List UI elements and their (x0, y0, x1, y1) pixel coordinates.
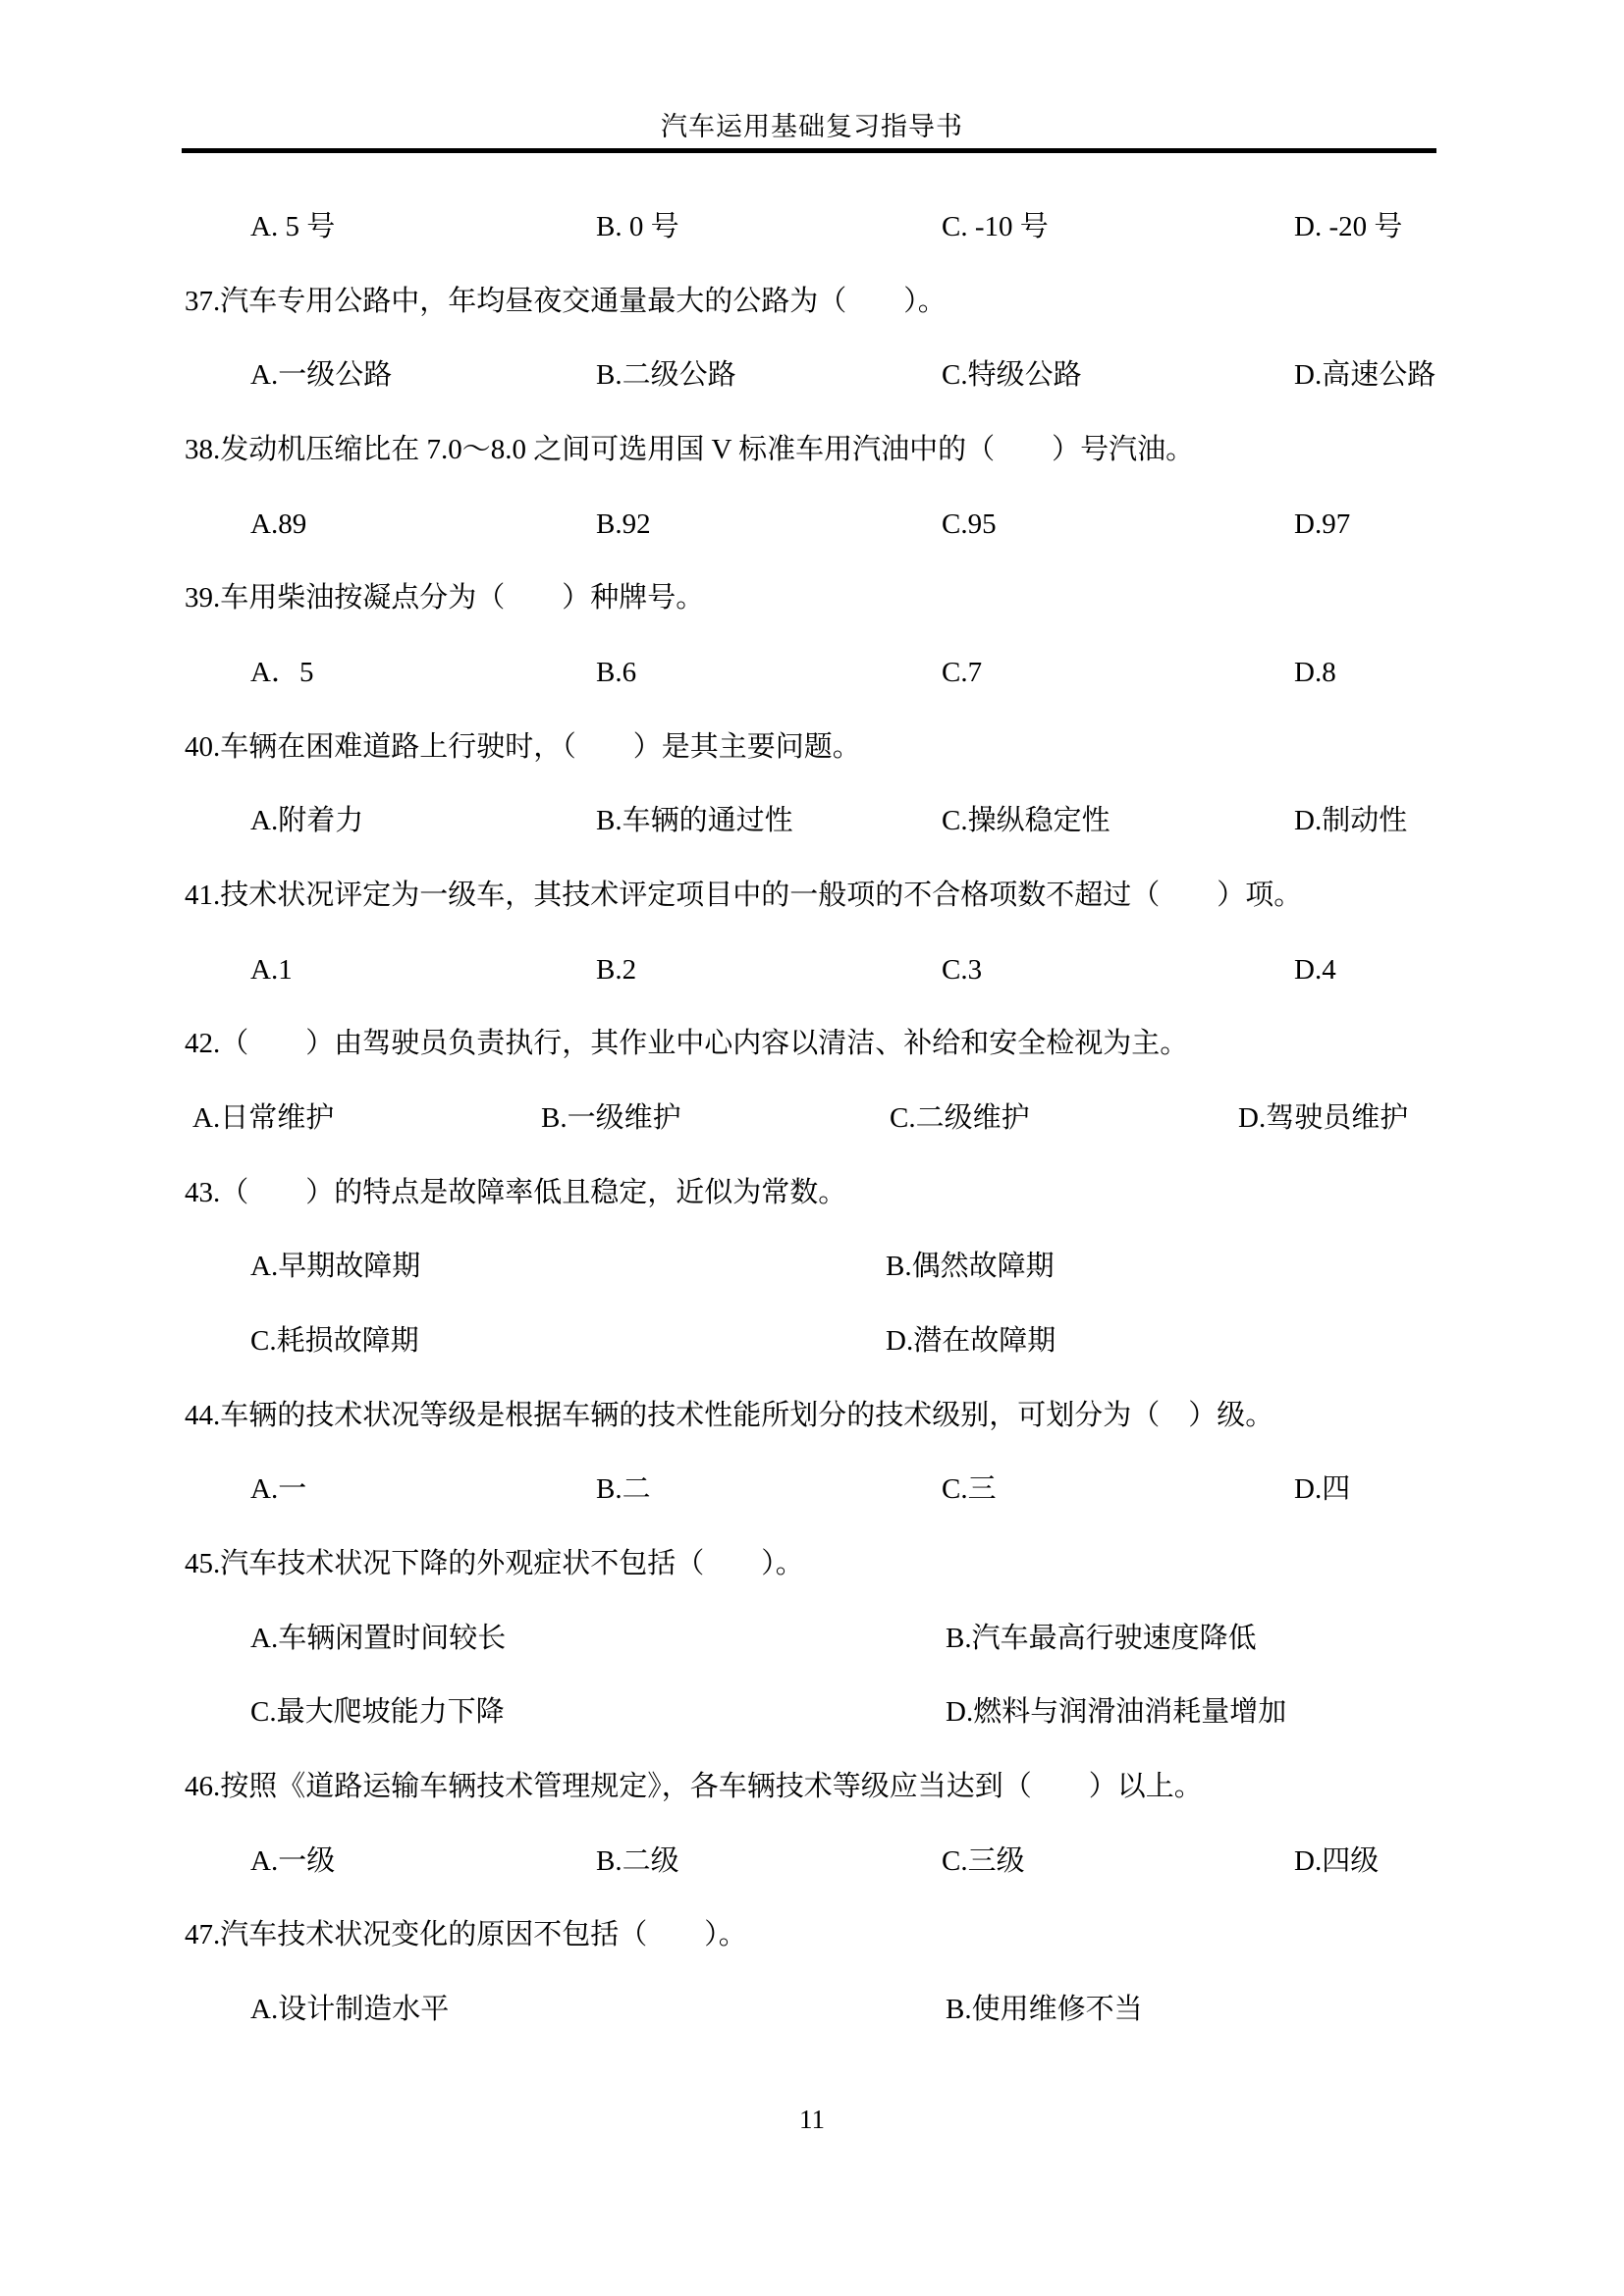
option-37-c: C.特级公路 (942, 356, 1082, 394)
option-46-a: A.一级 (250, 1842, 335, 1880)
option-37-a: A.一级公路 (250, 356, 392, 394)
question-40: 40.车辆在困难道路上行驶时，（ ）是其主要问题。 (0, 728, 1624, 768)
question-45-options-row-1: A.车辆闲置时间较长 B.汽车最高行驶速度降低 (0, 1620, 1624, 1659)
option-41-c: C.3 (942, 951, 982, 988)
option-41-a: A.1 (250, 951, 293, 988)
option-36-a: A. 5 号 (250, 208, 335, 245)
option-46-b: B.二级 (596, 1842, 679, 1880)
option-42-a: A.日常维护 (192, 1099, 334, 1137)
option-37-b: B.二级公路 (596, 356, 736, 394)
option-39-a: A．5 (250, 654, 313, 691)
option-47-b: B.使用维修不当 (946, 1991, 1143, 2028)
question-43-options-row-2: C.耗损故障期 D.潜在故障期 (0, 1322, 1624, 1362)
question-44-options: A.一 B.二 C.三 D.四 (0, 1470, 1624, 1510)
option-46-d: D.四级 (1294, 1842, 1379, 1880)
question-43-options-row-1: A.早期故障期 B.偶然故障期 (0, 1248, 1624, 1287)
question-43-text: 43.（ ）的特点是故障率低且稳定，近似为常数。 (185, 1174, 846, 1211)
question-37: 37.汽车专用公路中，年均昼夜交通量最大的公路为（ ）。 (0, 283, 1624, 322)
question-43: 43.（ ）的特点是故障率低且稳定，近似为常数。 (0, 1174, 1624, 1213)
option-40-c: C.操纵稳定性 (942, 802, 1110, 839)
question-46-options: A.一级 B.二级 C.三级 D.四级 (0, 1842, 1624, 1882)
option-41-b: B.2 (596, 951, 636, 988)
option-44-a: A.一 (250, 1470, 306, 1508)
option-40-d: D.制动性 (1294, 802, 1407, 839)
document-title: 汽车运用基础复习指导书 (0, 110, 1624, 143)
question-40-text: 40.车辆在困难道路上行驶时，（ ）是其主要问题。 (185, 728, 861, 766)
page-number: 11 (0, 2103, 1624, 2136)
option-41-d: D.4 (1294, 951, 1336, 988)
question-47-text: 47.汽车技术状况变化的原因不包括（ ）。 (185, 1916, 747, 1953)
question-41: 41.技术状况评定为一级车，其技术评定项目中的一般项的不合格项数不超过（ ）项。 (0, 877, 1624, 916)
option-38-a: A.89 (250, 506, 306, 543)
question-47: 47.汽车技术状况变化的原因不包括（ ）。 (0, 1916, 1624, 1955)
question-37-options: A.一级公路 B.二级公路 C.特级公路 D.高速公路 (0, 356, 1624, 396)
question-37-text: 37.汽车专用公路中，年均昼夜交通量最大的公路为（ ）。 (185, 283, 947, 320)
option-36-b: B. 0 号 (596, 208, 679, 245)
question-42: 42.（ ）由驾驶员负责执行，其作业中心内容以清洁、补给和安全检视为主。 (0, 1025, 1624, 1064)
document-page: 汽车运用基础复习指导书 A. 5 号 B. 0 号 C. -10 号 D. -2… (0, 0, 1624, 2296)
question-44: 44.车辆的技术状况等级是根据车辆的技术性能所划分的技术级别，可划分为（ ）级。 (0, 1397, 1624, 1436)
option-45-b: B.汽车最高行驶速度降低 (946, 1620, 1257, 1657)
option-39-c: C.7 (942, 654, 982, 691)
option-45-d: D.燃料与润滑油消耗量增加 (946, 1693, 1286, 1731)
option-40-a: A.附着力 (250, 802, 363, 839)
option-46-c: C.三级 (942, 1842, 1025, 1880)
option-38-b: B.92 (596, 506, 651, 543)
question-45-options-row-2: C.最大爬坡能力下降 D.燃料与润滑油消耗量增加 (0, 1693, 1624, 1733)
question-42-text: 42.（ ）由驾驶员负责执行，其作业中心内容以清洁、补给和安全检视为主。 (185, 1025, 1188, 1062)
option-36-c: C. -10 号 (942, 208, 1049, 245)
question-45-text: 45.汽车技术状况下降的外观症状不包括（ ）。 (185, 1545, 804, 1582)
option-38-c: C.95 (942, 506, 997, 543)
question-46-text: 46.按照《道路运输车辆技术管理规定》，各车辆技术等级应当达到（ ）以上。 (185, 1768, 1203, 1805)
option-43-c: C.耗损故障期 (250, 1322, 419, 1360)
question-39: 39.车用柴油按凝点分为（ ）种牌号。 (0, 579, 1624, 618)
option-43-d: D.潜在故障期 (886, 1322, 1056, 1360)
question-44-text: 44.车辆的技术状况等级是根据车辆的技术性能所划分的技术级别，可划分为（ ）级。 (185, 1397, 1273, 1434)
header-divider (182, 148, 1436, 153)
question-45: 45.汽车技术状况下降的外观症状不包括（ ）。 (0, 1545, 1624, 1584)
question-46: 46.按照《道路运输车辆技术管理规定》，各车辆技术等级应当达到（ ）以上。 (0, 1768, 1624, 1807)
option-42-b: B.一级维护 (541, 1099, 681, 1137)
question-38-text: 38.发动机压缩比在 7.0～8.0 之间可选用国 V 标准车用汽油中的（ ）号… (185, 431, 1194, 468)
question-40-options: A.附着力 B.车辆的通过性 C.操纵稳定性 D.制动性 (0, 802, 1624, 841)
option-39-b: B.6 (596, 654, 636, 691)
option-37-d: D.高速公路 (1294, 356, 1435, 394)
question-39-options: A．5 B.6 C.7 D.8 (0, 654, 1624, 693)
option-42-d: D.驾驶员维护 (1238, 1099, 1408, 1137)
option-44-d: D.四 (1294, 1470, 1350, 1508)
option-44-b: B.二 (596, 1470, 651, 1508)
option-40-b: B.车辆的通过性 (596, 802, 793, 839)
question-38-options: A.89 B.92 C.95 D.97 (0, 506, 1624, 545)
option-43-b: B.偶然故障期 (886, 1248, 1055, 1285)
option-45-a: A.车辆闲置时间较长 (250, 1620, 506, 1657)
option-43-a: A.早期故障期 (250, 1248, 420, 1285)
option-45-c: C.最大爬坡能力下降 (250, 1693, 505, 1731)
question-36-options: A. 5 号 B. 0 号 C. -10 号 D. -20 号 (0, 208, 1624, 247)
question-42-options: A.日常维护 B.一级维护 C.二级维护 D.驾驶员维护 (0, 1099, 1624, 1139)
question-39-text: 39.车用柴油按凝点分为（ ）种牌号。 (185, 579, 704, 616)
option-47-a: A.设计制造水平 (250, 1991, 449, 2028)
question-41-options: A.1 B.2 C.3 D.4 (0, 951, 1624, 990)
question-47-options-row-1: A.设计制造水平 B.使用维修不当 (0, 1991, 1624, 2030)
option-36-d: D. -20 号 (1294, 208, 1402, 245)
option-39-d: D.8 (1294, 654, 1336, 691)
option-42-c: C.二级维护 (890, 1099, 1030, 1137)
option-38-d: D.97 (1294, 506, 1350, 543)
question-41-text: 41.技术状况评定为一级车，其技术评定项目中的一般项的不合格项数不超过（ ）项。 (185, 877, 1302, 914)
question-38: 38.发动机压缩比在 7.0～8.0 之间可选用国 V 标准车用汽油中的（ ）号… (0, 431, 1624, 470)
option-44-c: C.三 (942, 1470, 997, 1508)
